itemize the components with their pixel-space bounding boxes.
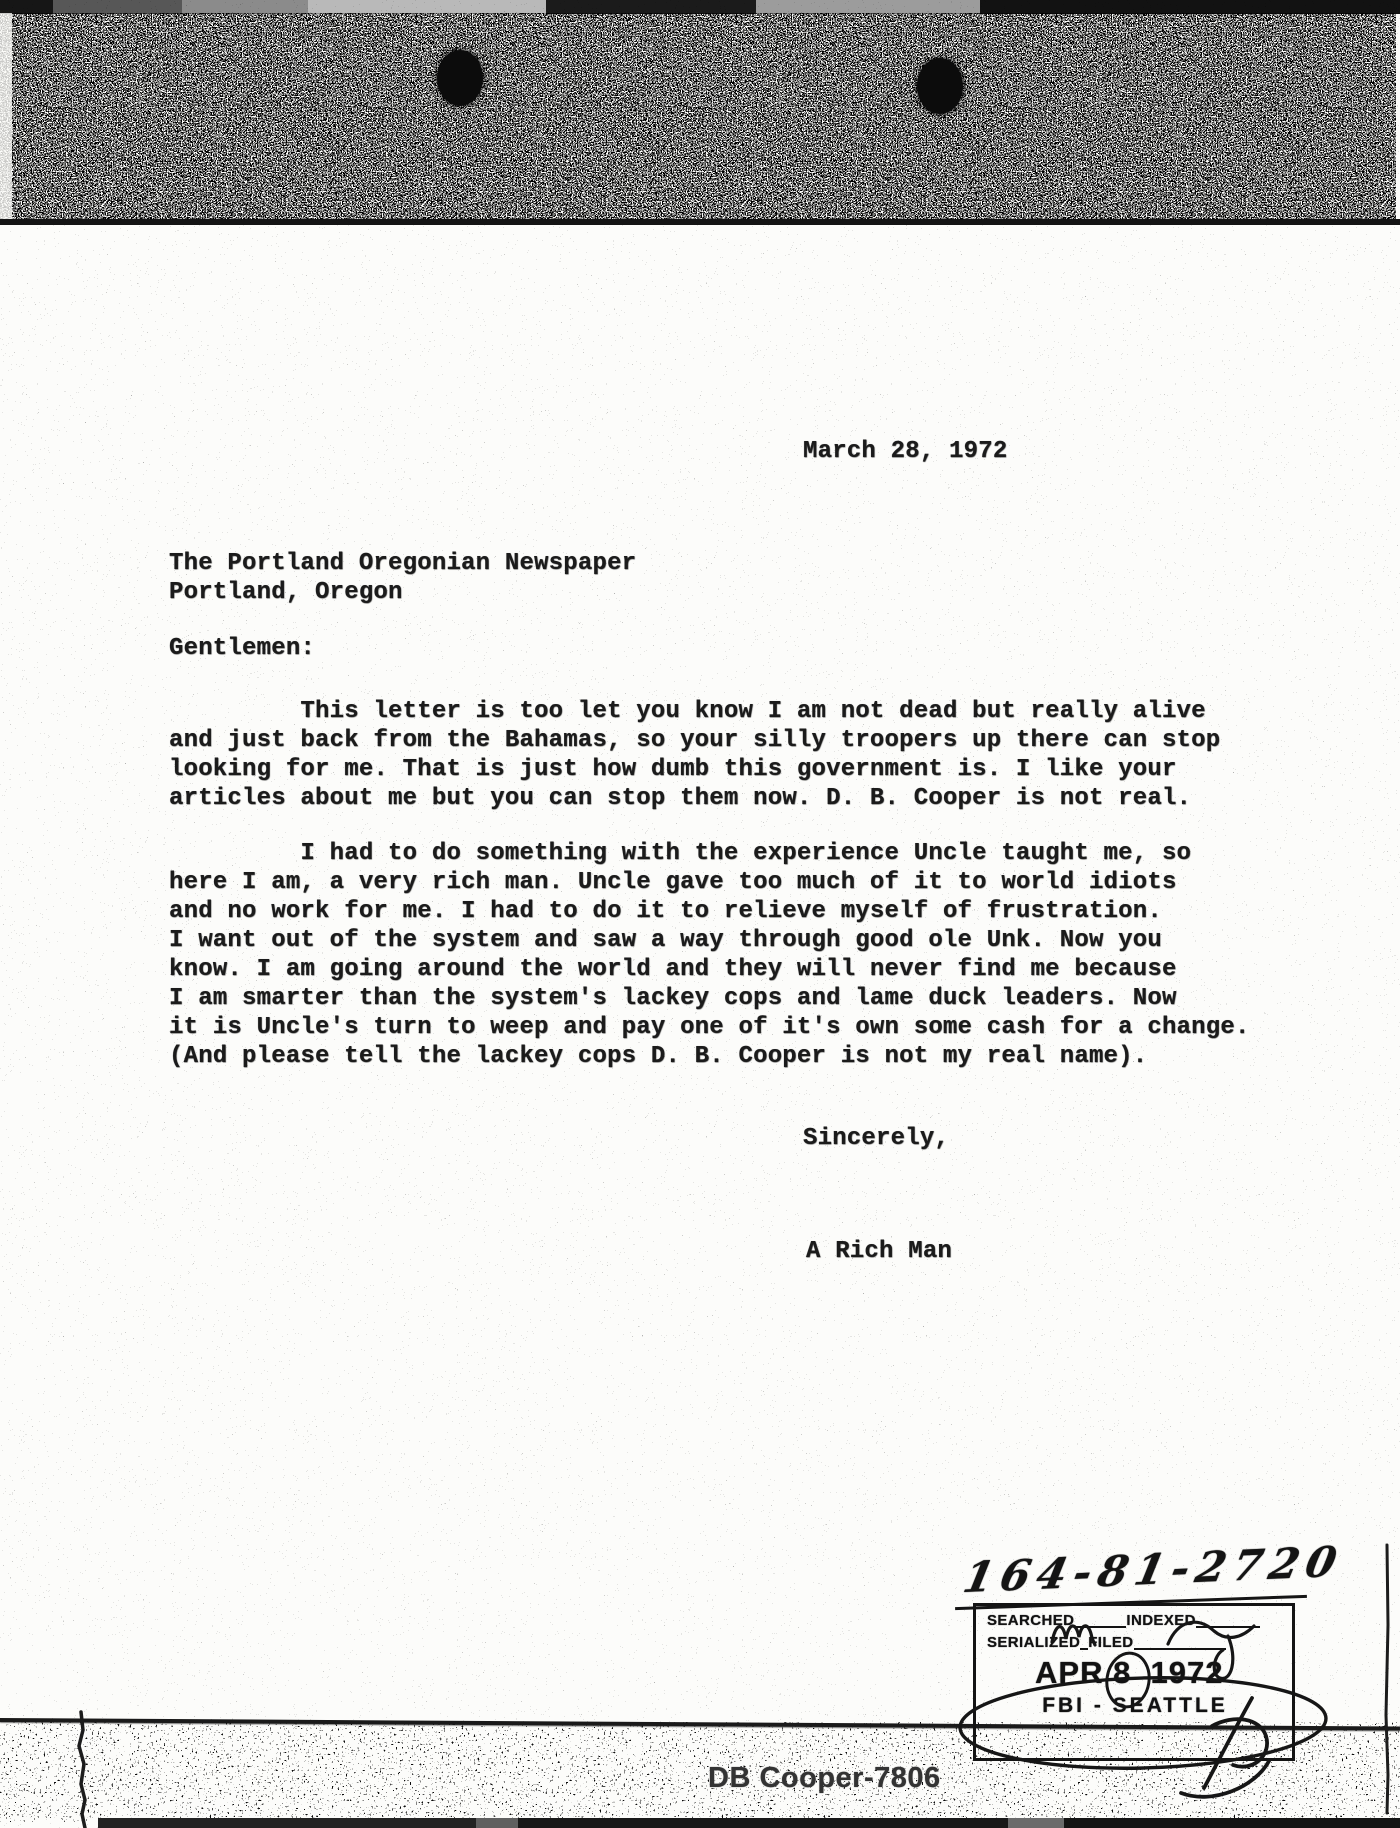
fbi-stamp-box: SEARCHEDINDEXED SERIALIZEDFILED APR 8 19… xyxy=(973,1603,1295,1761)
jagged-vertical-line xyxy=(79,1712,85,1828)
scan-edge-strip-top xyxy=(0,0,1400,14)
filed-label: FILED xyxy=(1088,1635,1133,1650)
serialized-blank xyxy=(1080,1635,1088,1650)
filed-blank xyxy=(1134,1635,1226,1650)
stamp-row-searched-indexed: SEARCHEDINDEXED xyxy=(987,1613,1283,1628)
scanned-letter-page: March 28, 1972 The Portland Oregonian Ne… xyxy=(0,0,1400,1828)
letter-closing: Sincerely, xyxy=(803,1124,949,1153)
right-edge-line xyxy=(1386,1545,1388,1813)
indexed-blank xyxy=(1196,1613,1260,1628)
top-static-band xyxy=(0,13,1396,221)
searched-label: SEARCHED xyxy=(987,1613,1074,1628)
letter-date: March 28, 1972 xyxy=(803,437,1007,466)
fbi-office-label: FBI - SEATTLE xyxy=(987,1695,1283,1716)
archive-label: DB Cooper-7806 xyxy=(708,1763,941,1795)
salutation: Gentlemen: xyxy=(169,634,315,663)
stamp-date: APR 8 1972 xyxy=(1035,1657,1283,1688)
searched-blank xyxy=(1074,1613,1126,1628)
handwritten-case-number: 164-81-2720 xyxy=(960,1541,1347,1599)
letter-paragraph-1: This letter is too let you know I am not… xyxy=(169,697,1220,813)
static-band-bottom-edge xyxy=(0,219,1400,225)
indexed-label: INDEXED xyxy=(1126,1613,1195,1628)
recipient-address: The Portland Oregonian Newspaper Portlan… xyxy=(169,549,636,607)
letter-paragraph-2: I had to do something with the experienc… xyxy=(169,839,1250,1071)
serialized-label: SERIALIZED xyxy=(987,1635,1080,1650)
hole-punch-left xyxy=(437,50,483,106)
scan-edge-strip-bottom xyxy=(0,1818,1400,1828)
stamp-row-serialized-filed: SERIALIZEDFILED xyxy=(987,1635,1283,1650)
letter-signature: A Rich Man xyxy=(806,1237,952,1266)
hole-punch-right xyxy=(917,58,963,114)
